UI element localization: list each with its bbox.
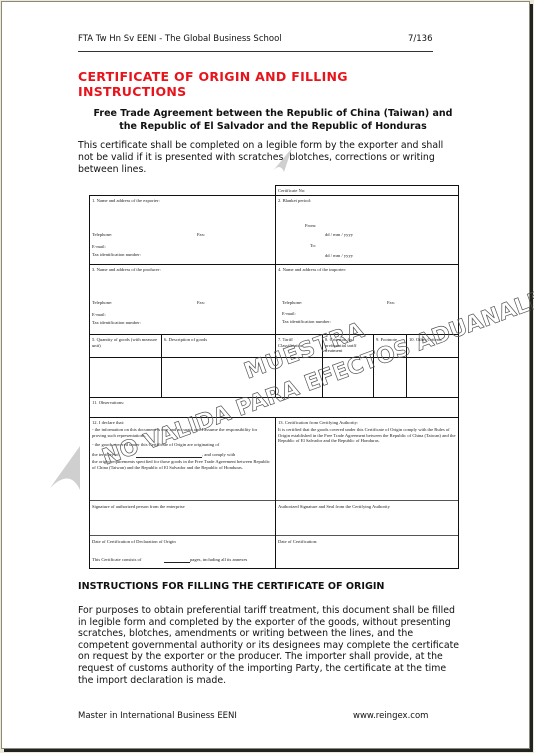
exporter-fax: Fax: bbox=[197, 232, 205, 237]
agreement-subtitle: Free Trade Agreement between the Republi… bbox=[88, 108, 458, 133]
blanket-period-box[interactable]: 2. Blanket period: From: dd / mm / yyyy … bbox=[275, 195, 459, 265]
declaration-date-label: Date of Certification of Declaration of … bbox=[92, 539, 176, 544]
goods-col-description-label: 6. Description of goods bbox=[164, 337, 264, 343]
intro-paragraph: This certificate shall be completed on a… bbox=[78, 140, 458, 176]
page-number: 7/136 bbox=[408, 34, 433, 44]
blanket-from-date: dd / mm / yyyy bbox=[325, 232, 353, 237]
territory-blank-line[interactable] bbox=[136, 457, 202, 458]
footer-left: Master in International Business EENI bbox=[78, 711, 237, 721]
certification-divider bbox=[276, 500, 458, 501]
blanket-to: To: bbox=[310, 243, 316, 248]
blanket-from: From: bbox=[305, 223, 316, 228]
declaration-divider bbox=[90, 500, 275, 501]
arrow-decoration-icon bbox=[272, 148, 292, 172]
producer-label: 3. Name and address of the producer: bbox=[92, 267, 161, 272]
footer-website-link[interactable]: www.reingex.com bbox=[353, 711, 428, 721]
observations-label: 11. Observations: bbox=[92, 400, 124, 405]
declaration-divider bbox=[90, 535, 275, 536]
exporter-telephone: Telephone: bbox=[92, 232, 112, 237]
importer-tax-id: Tax identification number: bbox=[282, 319, 331, 324]
declaration-signature-label: Signature of authorized person from the … bbox=[92, 504, 185, 509]
certification-date-label: Date of Certification: bbox=[278, 539, 317, 544]
page-title: CERTIFICATE OF ORIGIN AND FILLING INSTRU… bbox=[78, 69, 458, 99]
exporter-box[interactable]: 1. Name and address of the exporter: Tel… bbox=[89, 195, 276, 265]
pages-suffix-label: pages, including all its annexes bbox=[190, 557, 247, 562]
certification-divider bbox=[276, 535, 458, 536]
importer-telephone: Telephone: bbox=[282, 300, 302, 305]
certification-signature-label: Authorized Signature and Seal from the C… bbox=[278, 504, 390, 509]
producer-box[interactable]: 3. Name and address of the producer: Tel… bbox=[89, 264, 276, 335]
subtitle-line-2: the Republic of El Salvador and the Repu… bbox=[88, 121, 458, 134]
pages-blank-line[interactable] bbox=[164, 562, 190, 563]
importer-email: E-mail: bbox=[282, 311, 296, 316]
exporter-email: E-mail: bbox=[92, 244, 106, 249]
exporter-tax-id: Tax identification number: bbox=[92, 252, 141, 257]
producer-telephone: Telephone: bbox=[92, 300, 112, 305]
declaration-comply-label: , and comply with bbox=[202, 452, 235, 457]
importer-box[interactable]: 4. Name and address of the importer: Tel… bbox=[275, 264, 459, 335]
arrow-decoration-icon bbox=[50, 446, 80, 492]
instructions-paragraph: For purposes to obtain preferential tari… bbox=[78, 605, 460, 686]
blanket-label: 2. Blanket period: bbox=[278, 198, 311, 203]
subtitle-line-1: Free Trade Agreement between the Republi… bbox=[88, 108, 458, 121]
certification-box[interactable]: 13. Certification from Certifying Author… bbox=[275, 417, 459, 569]
producer-email: E-mail: bbox=[92, 312, 106, 317]
goods-col-quantity: 5. Quantity of goods (with measure unit) bbox=[89, 334, 162, 358]
exporter-label: 1. Name and address of the exporter: bbox=[92, 198, 160, 203]
importer-fax: Fax: bbox=[387, 300, 395, 305]
producer-fax: Fax: bbox=[197, 300, 205, 305]
certification-text: It is certified that the goods covered u… bbox=[278, 427, 456, 444]
declaration-label: 12. I declare that: bbox=[92, 420, 124, 425]
certification-label: 13. Certification from Certifying Author… bbox=[278, 420, 358, 425]
blanket-to-date: dd / mm / yyyy bbox=[325, 253, 353, 258]
importer-label: 4. Name and address of the importer: bbox=[278, 267, 346, 272]
goods-quantity-input[interactable] bbox=[89, 357, 162, 398]
producer-tax-id: Tax identification number: bbox=[92, 320, 141, 325]
instructions-heading: INSTRUCTIONS FOR FILLING THE CERTIFICATE… bbox=[78, 581, 384, 592]
certificate-no-label: Certificate No: bbox=[278, 188, 305, 193]
header-rule bbox=[78, 51, 433, 52]
pages-prefix-label: This Certificate consists of bbox=[92, 557, 141, 562]
goods-col-quantity-label: 5. Quantity of goods (with measure unit) bbox=[92, 337, 158, 348]
certificate-form: Certificate No: 1. Name and address of t… bbox=[89, 185, 459, 569]
document-page: FTA Tw Hn Sv EENI - The Global Business … bbox=[1, 1, 530, 749]
goods-other-input[interactable] bbox=[406, 357, 459, 398]
running-header: FTA Tw Hn Sv EENI - The Global Business … bbox=[78, 34, 282, 44]
